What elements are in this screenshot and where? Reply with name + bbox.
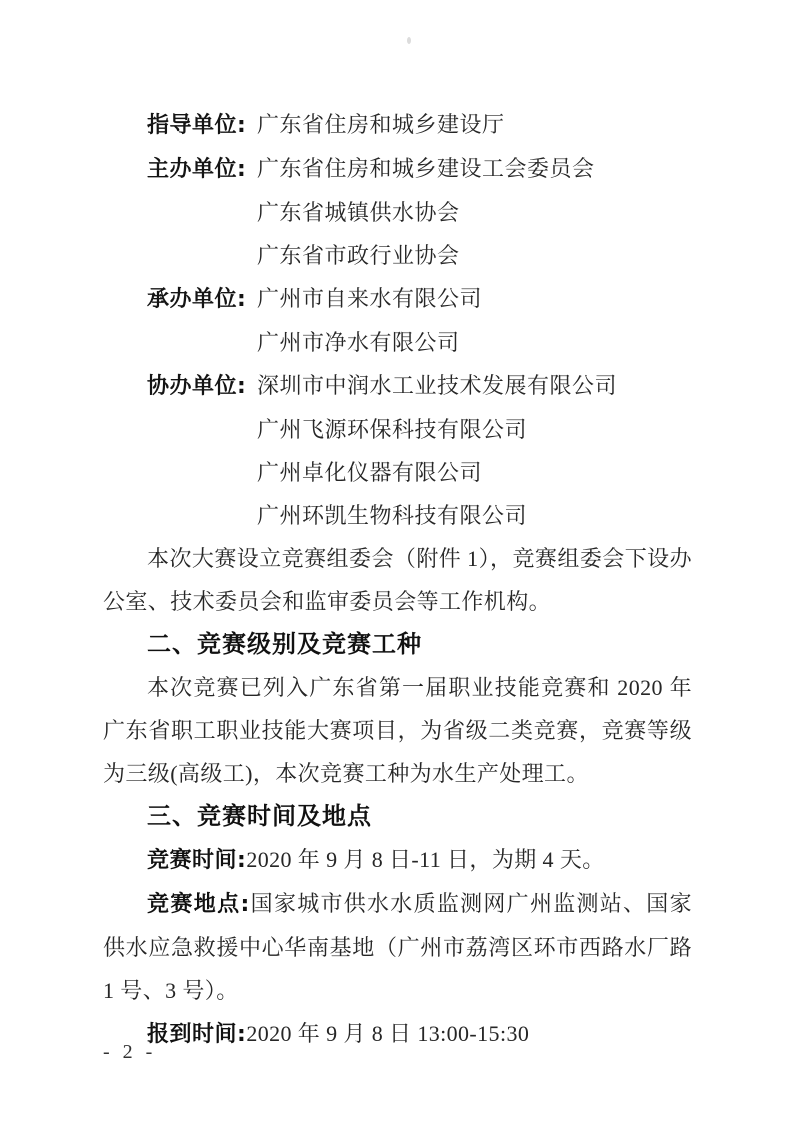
- organizer-name: 广东省住房和城乡建设工会委员会: [257, 147, 595, 190]
- organizer-name: 广东省市政行业协会: [257, 234, 460, 277]
- organizer-row: 广东省城镇供水协会: [103, 191, 692, 234]
- page-number: - 2 -: [103, 1040, 156, 1064]
- organizer-row: 主办单位: 广东省住房和城乡建设工会委员会: [103, 147, 692, 191]
- schedule-item-time-label: 竞赛时间:: [147, 848, 246, 873]
- schedule-item-time: 竞赛时间:2020 年 9 月 8 日-11 日，为期 4 天。: [103, 838, 692, 882]
- section2-paragraph: 本次竞赛已列入广东省第一届职业技能竞赛和 2020 年广东省职工职业技能大赛项目…: [103, 666, 692, 795]
- organizer-row: 广州市净水有限公司: [103, 321, 692, 364]
- scan-artifact-speck: [407, 37, 411, 44]
- section3-heading: 三、竞赛时间及地点: [103, 795, 692, 838]
- committee-paragraph: 本次大赛设立竞赛组委会（附件 1），竞赛组委会下设办公室、技术委员会和监审委员会…: [103, 537, 692, 623]
- organizer-name: 广州环凯生物科技有限公司: [257, 494, 527, 537]
- organizer-name: 广州市净水有限公司: [257, 321, 460, 364]
- organizer-role-label: 主办单位:: [147, 148, 257, 191]
- schedule-item-time-text: 2020 年 9 月 8 日-11 日，为期 4 天。: [246, 847, 604, 872]
- schedule-item-checkin-text: 2020 年 9 月 8 日 13:00-15:30: [246, 1021, 529, 1046]
- organizer-name: 广东省住房和城乡建设厅: [257, 103, 505, 146]
- organizer-row: 承办单位: 广州市自来水有限公司: [103, 277, 692, 321]
- organizer-name: 广州卓化仪器有限公司: [257, 451, 482, 494]
- schedule-item-location: 竞赛地点:国家城市供水水质监测网广州监测站、国家供水应急救援中心华南基地（广州市…: [103, 882, 692, 1012]
- schedule-item-checkin: 报到时间:2020 年 9 月 8 日 13:00-15:30: [103, 1012, 692, 1056]
- organizer-block: 指导单位: 广东省住房和城乡建设厅 主办单位: 广东省住房和城乡建设工会委员会 …: [103, 103, 692, 537]
- organizer-row: 广东省市政行业协会: [103, 234, 692, 277]
- section2-heading: 二、竞赛级别及竞赛工种: [103, 623, 692, 666]
- document-content: 指导单位: 广东省住房和城乡建设厅 主办单位: 广东省住房和城乡建设工会委员会 …: [103, 103, 692, 1056]
- organizer-name: 深圳市中润水工业技术发展有限公司: [257, 364, 617, 407]
- organizer-role-label: 承办单位:: [147, 278, 257, 321]
- organizer-name: 广州飞源环保科技有限公司: [257, 408, 527, 451]
- organizer-row: 指导单位: 广东省住房和城乡建设厅: [103, 103, 692, 147]
- organizer-role-label: 指导单位:: [147, 104, 257, 147]
- organizer-role-label: 协办单位:: [147, 365, 257, 408]
- organizer-row: 协办单位: 深圳市中润水工业技术发展有限公司: [103, 364, 692, 408]
- organizer-row: 广州环凯生物科技有限公司: [103, 494, 692, 537]
- organizer-row: 广州卓化仪器有限公司: [103, 451, 692, 494]
- schedule-item-checkin-label: 报到时间:: [147, 1022, 246, 1047]
- organizer-name: 广东省城镇供水协会: [257, 191, 460, 234]
- organizer-row: 广州飞源环保科技有限公司: [103, 408, 692, 451]
- organizer-name: 广州市自来水有限公司: [257, 277, 482, 320]
- document-page: 指导单位: 广东省住房和城乡建设厅 主办单位: 广东省住房和城乡建设工会委员会 …: [0, 0, 793, 1122]
- schedule-item-location-label: 竞赛地点:: [147, 892, 250, 917]
